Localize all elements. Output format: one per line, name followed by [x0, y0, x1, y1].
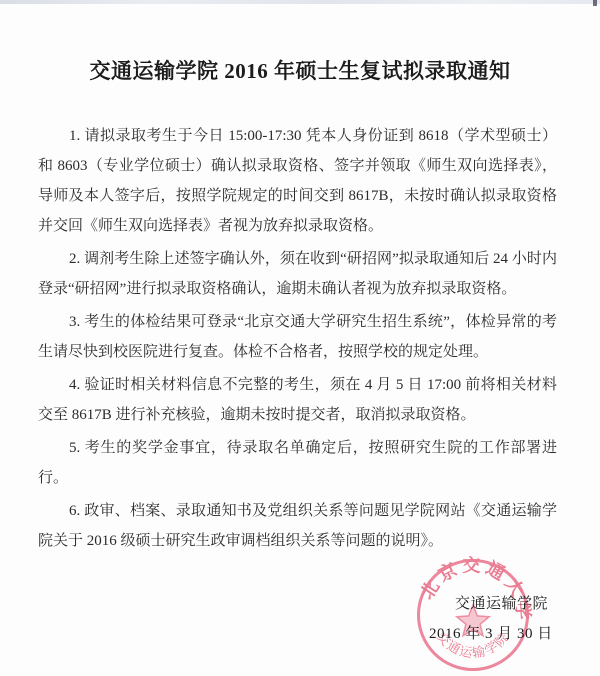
- scan-corner-speck: [593, 0, 597, 6]
- official-seal-stamp: 北京交通大学 交通运输学院: [413, 555, 533, 675]
- scan-artifact-band: [0, 0, 600, 4]
- paragraph-5: 5. 考生的奖学金事宜，待录取名单确定后，按照研究生院的工作部署进行。: [38, 433, 557, 493]
- document-page: 交通运输学院 2016 年硕士生复试拟录取通知 1. 请拟录取考生于今日 15:…: [0, 0, 600, 676]
- paragraph-6: 6. 政审、档案、录取通知书及党组织关系等问题见学院网站《交通运输学院关于 20…: [38, 496, 557, 556]
- paragraph-3: 3. 考生的体检结果可登录“北京交通大学研究生招生系统”，体检异常的考生请尽快到…: [38, 307, 557, 367]
- paragraph-4: 4. 验证时相关材料信息不完整的考生，须在 4 月 5 日 17:00 前将相关…: [38, 370, 557, 430]
- document-title: 交通运输学院 2016 年硕士生复试拟录取通知: [0, 55, 600, 85]
- document-body: 1. 请拟录取考生于今日 15:00-17:30 凭本人身份证到 8618（学术…: [38, 121, 557, 559]
- signature-org: 交通运输学院: [455, 592, 548, 613]
- paragraph-1: 1. 请拟录取考生于今日 15:00-17:30 凭本人身份证到 8618（学术…: [38, 121, 557, 241]
- signature-date: 2016 年 3 月 30 日: [429, 622, 553, 643]
- paragraph-2: 2. 调剂考生除上述签字确认外，须在收到“研招网”拟录取通知后 24 小时内登录…: [38, 244, 557, 304]
